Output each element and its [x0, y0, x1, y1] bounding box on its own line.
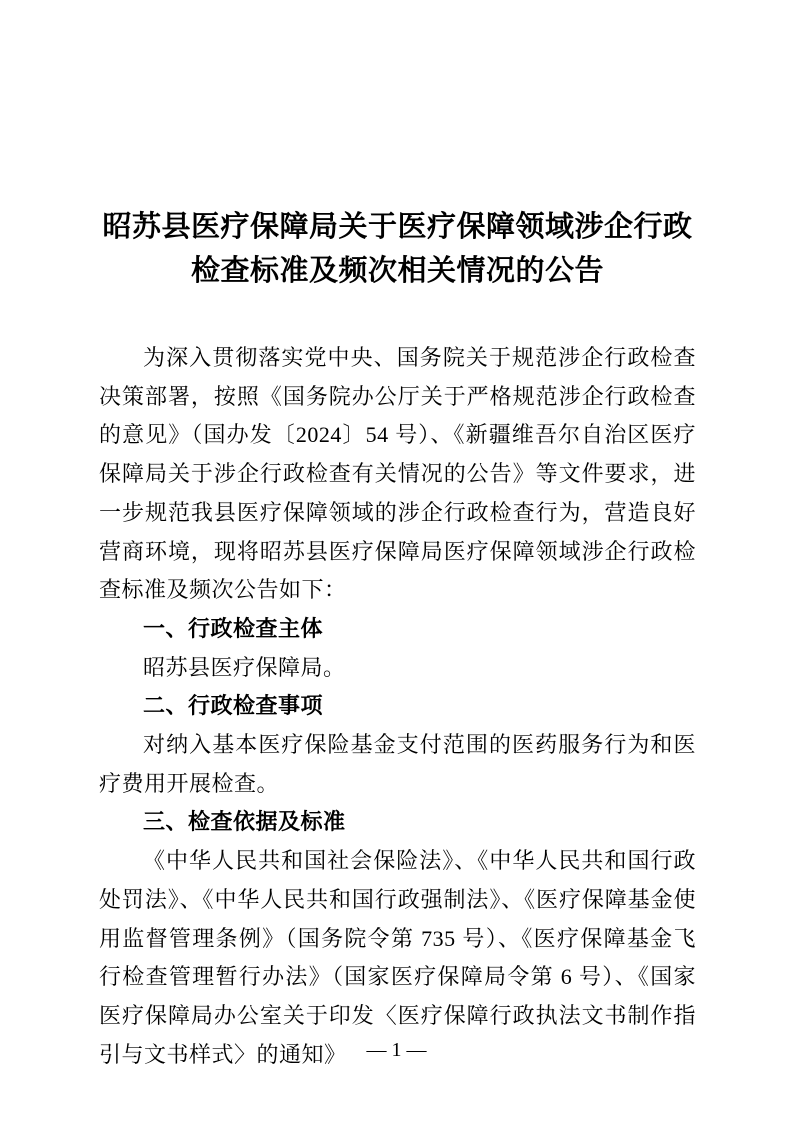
section-heading-2: 二、行政检查事项	[99, 687, 696, 726]
document-body: 昭苏县医疗保障局关于医疗保障领域涉企行政检查标准及频次相关情况的公告 为深入贯彻…	[99, 205, 696, 1074]
document-page: 昭苏县医疗保障局关于医疗保障领域涉企行政检查标准及频次相关情况的公告 为深入贯彻…	[0, 0, 793, 1122]
section-heading-3: 三、检查依据及标准	[99, 803, 696, 842]
page-number: — 1 —	[0, 1038, 793, 1062]
paragraph-intro: 为深入贯彻落实党中央、国务院关于规范涉企行政检查决策部署，按照《国务院办公厅关于…	[99, 339, 696, 610]
section-heading-1: 一、行政检查主体	[99, 610, 696, 649]
document-title: 昭苏县医疗保障局关于医疗保障领域涉企行政检查标准及频次相关情况的公告	[99, 205, 696, 293]
paragraph-inspection-items: 对纳入基本医疗保险基金支付范围的医药服务行为和医疗费用开展检查。	[99, 726, 696, 803]
paragraph-inspection-subject: 昭苏县医疗保障局。	[99, 649, 696, 688]
